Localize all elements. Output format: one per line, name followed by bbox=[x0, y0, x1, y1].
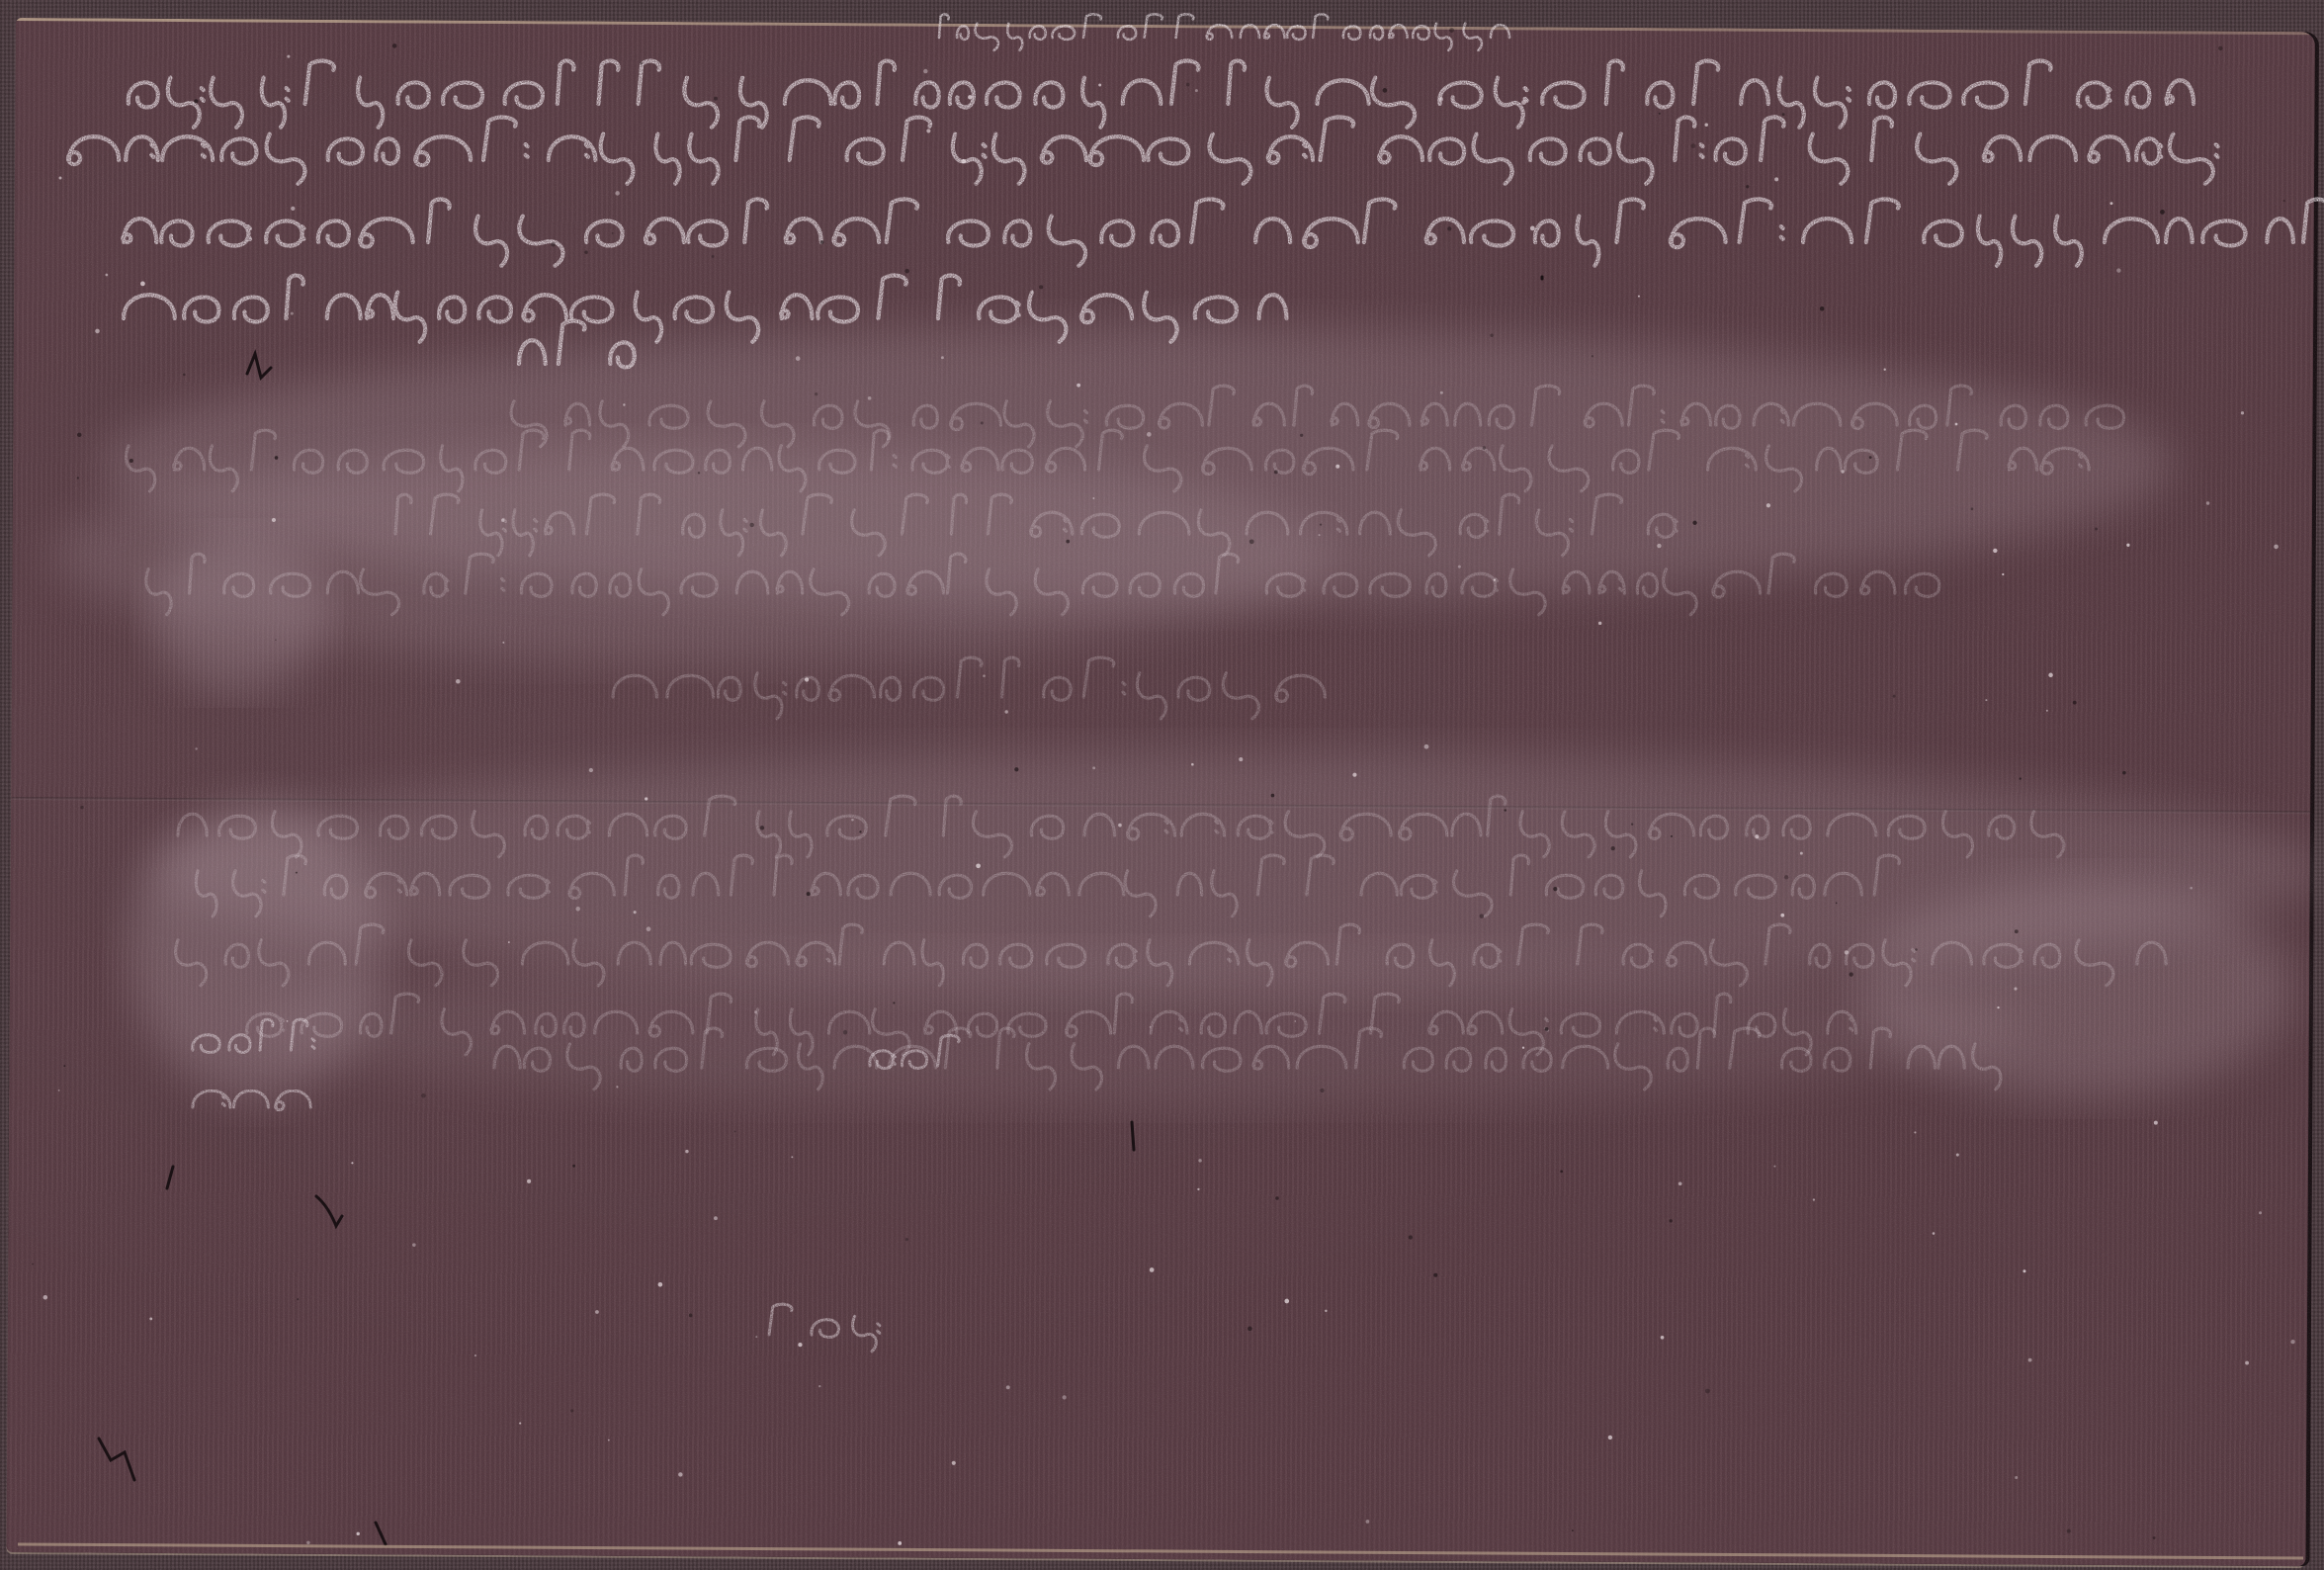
speck bbox=[1530, 226, 1535, 231]
speck bbox=[1186, 83, 1190, 87]
speck bbox=[1006, 1385, 1010, 1389]
speck bbox=[1671, 835, 1673, 837]
speck bbox=[519, 1423, 521, 1425]
speck bbox=[1869, 456, 1872, 459]
speck bbox=[421, 1093, 426, 1098]
speck bbox=[962, 159, 966, 163]
speck bbox=[58, 177, 61, 180]
speck bbox=[2015, 1476, 2018, 1479]
speck bbox=[1433, 1273, 1437, 1277]
speck bbox=[1458, 566, 1461, 568]
speck bbox=[1955, 423, 1958, 426]
speck bbox=[1774, 177, 1778, 181]
speck bbox=[1284, 1299, 1289, 1304]
speck bbox=[183, 374, 186, 377]
speck bbox=[904, 269, 908, 273]
speck bbox=[1325, 1310, 1327, 1312]
paper-crack bbox=[1132, 1122, 1134, 1150]
speck bbox=[149, 1317, 152, 1320]
speck bbox=[1039, 285, 1043, 289]
speck bbox=[456, 679, 461, 684]
speck bbox=[612, 232, 614, 234]
speck bbox=[1691, 143, 1696, 148]
speck bbox=[1480, 914, 1484, 917]
speck bbox=[2015, 929, 2019, 933]
speck bbox=[1320, 524, 1322, 526]
speck bbox=[2020, 777, 2022, 779]
speck bbox=[1504, 809, 1506, 811]
speck bbox=[1150, 1026, 1152, 1028]
speck bbox=[1335, 465, 1339, 469]
speck bbox=[392, 44, 396, 47]
speck bbox=[1611, 846, 1615, 850]
speck bbox=[968, 95, 972, 99]
speck bbox=[1066, 540, 1070, 544]
speck bbox=[1780, 914, 1784, 917]
speck bbox=[1849, 972, 1852, 976]
speck bbox=[1319, 534, 1321, 536]
speck bbox=[1592, 355, 1593, 357]
speck bbox=[1150, 1267, 1155, 1272]
speck bbox=[1320, 1089, 1324, 1092]
speck bbox=[2160, 210, 2165, 215]
speck bbox=[1352, 773, 1356, 777]
speck bbox=[818, 1385, 820, 1387]
speck bbox=[589, 768, 593, 772]
speck bbox=[291, 207, 295, 211]
speck bbox=[1893, 695, 1896, 698]
speck bbox=[760, 826, 764, 829]
speck bbox=[1678, 1181, 1682, 1185]
speck bbox=[798, 1343, 802, 1347]
speck bbox=[1746, 185, 1749, 188]
speck bbox=[508, 941, 510, 943]
speck bbox=[501, 518, 505, 522]
speck bbox=[658, 1282, 663, 1287]
speck bbox=[685, 1150, 688, 1153]
speck bbox=[1915, 948, 1918, 951]
speck bbox=[714, 1216, 718, 1220]
speck bbox=[941, 356, 944, 359]
speck bbox=[80, 806, 83, 809]
speck bbox=[287, 1020, 289, 1022]
speck bbox=[952, 1461, 956, 1465]
speck bbox=[1366, 1520, 1370, 1524]
speck bbox=[2116, 268, 2120, 272]
speck bbox=[1553, 887, 1557, 891]
speck bbox=[646, 926, 651, 931]
speck bbox=[1294, 1020, 1296, 1022]
speck bbox=[616, 1086, 618, 1088]
speck bbox=[689, 1313, 693, 1317]
speck bbox=[859, 830, 861, 832]
speck bbox=[1438, 97, 1443, 102]
speck bbox=[796, 356, 801, 361]
speck bbox=[2014, 988, 2017, 991]
speck bbox=[733, 1130, 735, 1132]
speck bbox=[1659, 113, 1661, 115]
speck bbox=[1271, 794, 1275, 798]
speck bbox=[893, 1002, 895, 1003]
speck bbox=[1522, 1047, 1524, 1049]
speck bbox=[807, 892, 811, 896]
speck bbox=[608, 1439, 610, 1441]
speck bbox=[1249, 539, 1254, 544]
speck bbox=[2109, 202, 2112, 205]
speck bbox=[291, 312, 294, 315]
speck bbox=[1195, 89, 1198, 92]
speck bbox=[1784, 875, 1788, 879]
speck bbox=[868, 396, 872, 400]
speck bbox=[1014, 767, 1018, 771]
speck bbox=[678, 1472, 682, 1476]
speck bbox=[1914, 1131, 1916, 1133]
speck bbox=[1971, 507, 1974, 510]
speck bbox=[1092, 766, 1095, 769]
speck bbox=[1447, 226, 1451, 230]
speck bbox=[105, 274, 108, 277]
speck bbox=[2067, 1529, 2071, 1533]
speck bbox=[1147, 432, 1152, 437]
speck bbox=[2290, 1340, 2294, 1344]
speck bbox=[2046, 710, 2048, 712]
speck bbox=[905, 1238, 908, 1241]
speck bbox=[1424, 744, 1429, 749]
speck bbox=[1300, 434, 1303, 437]
speck bbox=[898, 1541, 902, 1545]
speck bbox=[1521, 100, 1526, 105]
speck bbox=[1076, 384, 1080, 388]
speck bbox=[1773, 1166, 1775, 1168]
speck bbox=[1841, 470, 1844, 473]
speck bbox=[2154, 1121, 2158, 1125]
speck bbox=[2190, 887, 2193, 890]
speck bbox=[1692, 521, 1696, 525]
speck bbox=[2274, 545, 2279, 550]
speck bbox=[1449, 28, 1454, 33]
speck bbox=[615, 191, 620, 196]
speck bbox=[2153, 1536, 2156, 1539]
speck bbox=[983, 674, 986, 677]
speck bbox=[1092, 497, 1094, 499]
speck bbox=[1098, 84, 1101, 87]
speck bbox=[584, 251, 587, 254]
speck bbox=[714, 97, 718, 101]
speck bbox=[1409, 1235, 1413, 1239]
speck bbox=[1383, 88, 1388, 93]
speck bbox=[2048, 673, 2053, 678]
speck bbox=[412, 1243, 416, 1247]
speck bbox=[1705, 1389, 1710, 1394]
speck bbox=[1545, 1027, 1549, 1031]
speck bbox=[77, 433, 81, 437]
speck bbox=[32, 1264, 34, 1265]
speck bbox=[2023, 1269, 2025, 1272]
speck bbox=[1631, 824, 1633, 826]
header-line: ယခုစာ ချုပ်ချုပ်ဆိုသော ဦးပု ၏ ငွေချေး စာ… bbox=[0, 0, 1, 1]
speck bbox=[1670, 1219, 1673, 1222]
speck bbox=[63, 1065, 65, 1067]
speck bbox=[1813, 1198, 1815, 1200]
speck bbox=[805, 677, 809, 681]
speck bbox=[976, 863, 981, 868]
speck bbox=[640, 62, 643, 65]
speck bbox=[1845, 950, 1849, 954]
speck bbox=[1657, 544, 1661, 548]
speck bbox=[502, 642, 504, 644]
speck bbox=[1063, 1395, 1067, 1399]
speck bbox=[1997, 1006, 1999, 1008]
speck bbox=[43, 1295, 48, 1300]
speck bbox=[1766, 503, 1770, 507]
speck bbox=[287, 55, 290, 58]
speck bbox=[2002, 573, 2004, 575]
speck bbox=[2259, 1211, 2262, 1214]
speck bbox=[2028, 1358, 2032, 1362]
speck bbox=[1490, 334, 1493, 337]
speck bbox=[272, 518, 276, 522]
speck bbox=[1800, 852, 1803, 855]
speck bbox=[2206, 501, 2209, 504]
speck bbox=[2122, 771, 2126, 775]
speck bbox=[1993, 549, 1997, 553]
speck bbox=[1985, 699, 1987, 701]
speck bbox=[140, 282, 145, 287]
speck bbox=[572, 1165, 575, 1168]
speck bbox=[297, 1298, 299, 1300]
speck bbox=[791, 1156, 793, 1158]
speck bbox=[527, 1179, 531, 1183]
speck bbox=[755, 1336, 757, 1338]
speck bbox=[1755, 834, 1759, 838]
speck bbox=[296, 872, 298, 874]
speck bbox=[1608, 1436, 1612, 1439]
speck bbox=[698, 472, 700, 474]
speck bbox=[1836, 903, 1838, 905]
speck bbox=[1933, 1232, 1936, 1235]
speck bbox=[1483, 446, 1486, 449]
speck bbox=[474, 1354, 476, 1356]
speck bbox=[1494, 578, 1496, 580]
speck bbox=[1572, 1529, 1574, 1531]
speck bbox=[1274, 471, 1278, 475]
speck bbox=[926, 129, 930, 132]
speck bbox=[1560, 1171, 1563, 1174]
speck bbox=[1661, 1336, 1665, 1340]
speck bbox=[1191, 763, 1194, 766]
speck bbox=[1956, 1154, 1959, 1157]
speck bbox=[551, 242, 555, 246]
speck bbox=[2078, 104, 2082, 108]
speck bbox=[851, 819, 854, 822]
speck bbox=[575, 907, 580, 912]
speck bbox=[1440, 392, 1443, 394]
speck bbox=[815, 392, 818, 395]
speck bbox=[634, 911, 637, 914]
speck bbox=[623, 403, 625, 405]
speck bbox=[275, 456, 279, 460]
speck bbox=[981, 421, 984, 424]
speck bbox=[1004, 710, 1007, 713]
speck bbox=[820, 240, 824, 244]
speck bbox=[1598, 622, 1601, 625]
speck bbox=[1820, 306, 1825, 311]
speck bbox=[1118, 824, 1122, 828]
speck bbox=[2241, 411, 2244, 414]
speck bbox=[2126, 544, 2129, 547]
speck bbox=[1198, 1159, 1201, 1162]
speck bbox=[306, 1541, 309, 1544]
speck bbox=[2095, 528, 2098, 531]
speck bbox=[712, 255, 715, 258]
speck bbox=[2218, 46, 2222, 50]
speck bbox=[750, 523, 754, 527]
speck bbox=[275, 639, 277, 641]
speck bbox=[2073, 701, 2077, 705]
speck bbox=[843, 1030, 848, 1035]
speck bbox=[58, 1090, 60, 1091]
speck bbox=[1197, 1188, 1199, 1190]
speck bbox=[1884, 369, 1886, 371]
speck bbox=[357, 1532, 360, 1535]
speck bbox=[1705, 124, 1708, 127]
speck bbox=[95, 329, 100, 334]
speck bbox=[1239, 757, 1243, 761]
speck bbox=[595, 1310, 599, 1314]
speck bbox=[923, 69, 927, 73]
speck bbox=[1782, 113, 1785, 116]
speck bbox=[1275, 1196, 1278, 1199]
speck bbox=[2245, 1361, 2249, 1365]
speck bbox=[1638, 296, 1640, 298]
speck bbox=[129, 459, 133, 463]
chalk-writing-layer bbox=[0, 0, 2324, 1570]
speck bbox=[195, 747, 197, 749]
speck bbox=[77, 477, 79, 479]
speck bbox=[754, 1010, 757, 1013]
speck bbox=[2283, 200, 2285, 202]
speck bbox=[645, 797, 647, 800]
speck bbox=[351, 1162, 353, 1164]
speck bbox=[194, 99, 198, 103]
paper-grain bbox=[16, 18, 2315, 1552]
speck bbox=[570, 1409, 573, 1412]
speck bbox=[1248, 1327, 1252, 1332]
